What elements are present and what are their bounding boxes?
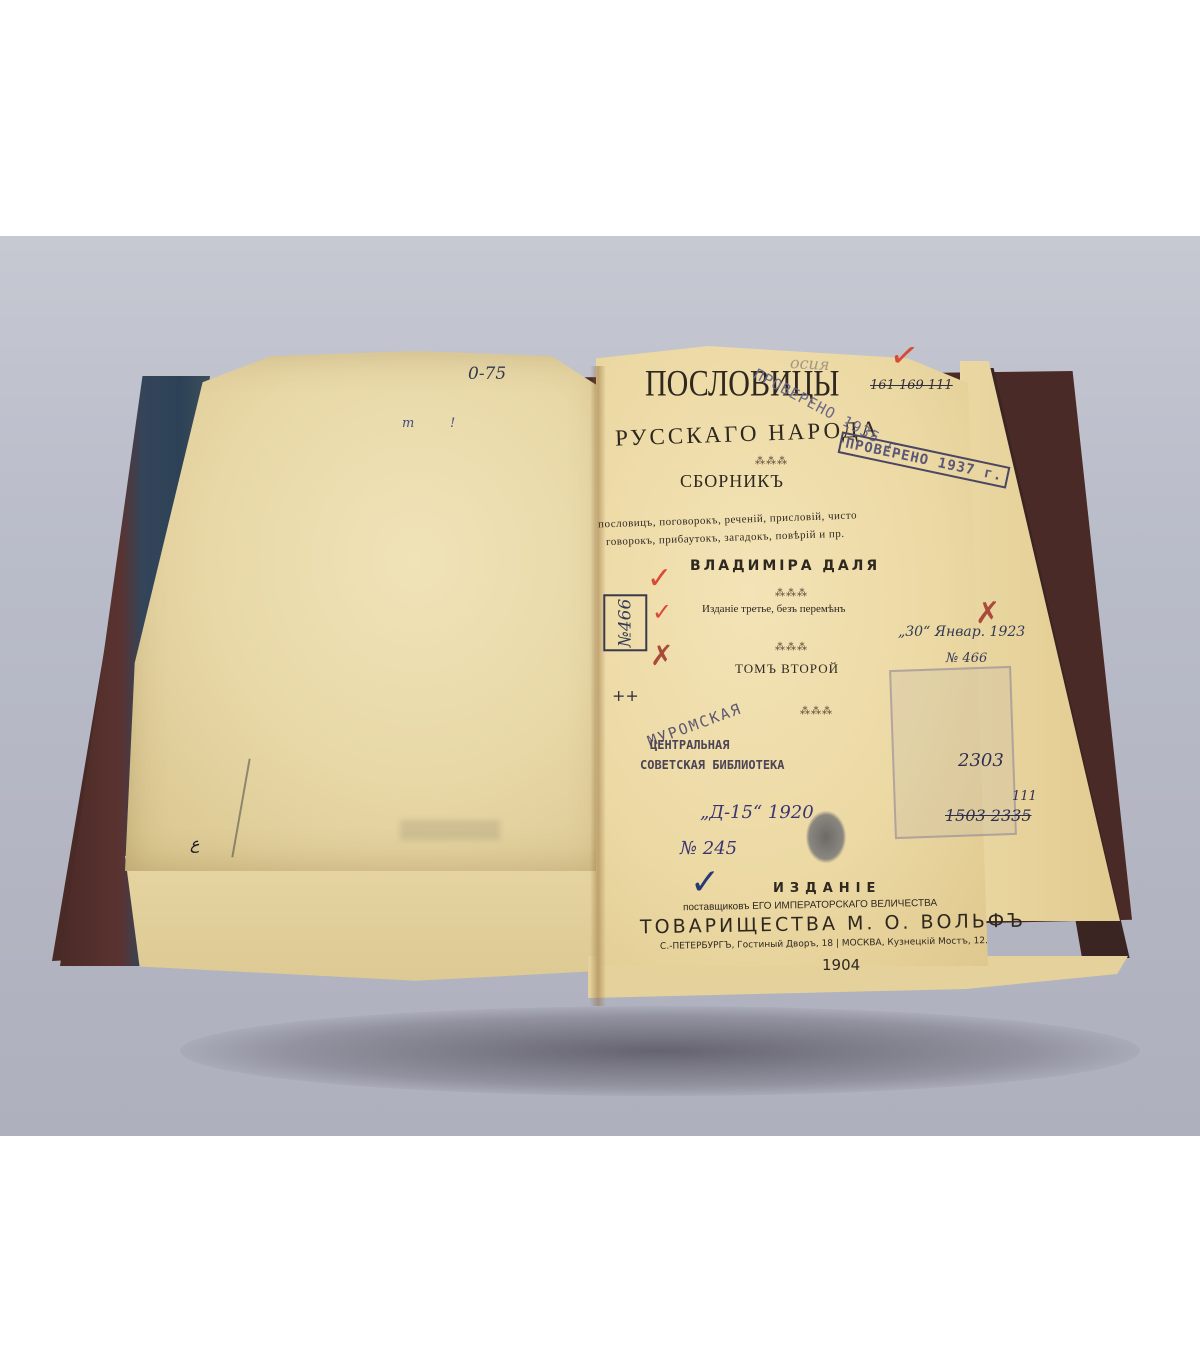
library-code: „Д-15“ 1920	[700, 802, 814, 823]
left-page-bottom-mark: ع	[190, 834, 200, 853]
ornament: ⁂⁂⁂	[775, 642, 808, 653]
shelf-numbers: 161 169 111	[870, 378, 953, 393]
cross-mark-icon: ✗	[975, 596, 1000, 631]
volume: ТОМЪ ВТОРОЙ	[735, 661, 839, 677]
blue-check-icon: ✓	[690, 862, 720, 903]
inventory-old-number: 1503 2335	[945, 806, 1032, 825]
vertical-number-box: №466	[603, 595, 647, 652]
pencil-note: осия	[790, 353, 830, 374]
left-page-code: 0-75	[468, 364, 506, 384]
cross-mark-icon: ✗	[650, 639, 673, 672]
author: ВЛАДИМІРА ДАЛЯ	[690, 558, 880, 574]
left-page-mark: !	[450, 416, 455, 431]
book-gutter	[590, 366, 606, 1006]
inventory-number: 2303	[958, 750, 1004, 771]
acquisition-number: № 466	[946, 651, 987, 666]
publisher-heading: ИЗДАНІЕ	[773, 881, 881, 896]
left-page-lower	[125, 856, 610, 986]
red-check-icon: ✓	[647, 561, 672, 596]
book-shadow	[180, 1006, 1140, 1096]
left-page-smudge	[400, 820, 500, 840]
publication-year: 1904	[822, 956, 860, 974]
library-number: № 245	[680, 838, 737, 859]
edition: Изданіе третье, безъ перемѣнъ	[702, 603, 845, 615]
inventory-shelf: 111	[1012, 789, 1037, 804]
acquisition-date: „30“ Январ. 1923	[898, 624, 1025, 640]
left-page	[125, 351, 610, 871]
library-stamp-line2: ЦЕНТРАЛЬНАЯ	[650, 738, 729, 752]
ornament: ⁂⁂⁂	[775, 588, 808, 599]
ornament: ⁂⁂⁂	[800, 706, 833, 717]
collection-label: СБОРНИКЪ	[680, 471, 784, 492]
ornament: ⁂⁂⁂	[755, 456, 788, 467]
left-page-mark: т	[402, 416, 414, 431]
book-photo: 0-75 т ! ع ПОСЛОВИЦЫ РУССКАГО НАРОДА ⁂⁂⁂…	[0, 236, 1200, 1136]
library-stamp-line3: СОВЕТСКАЯ БИБЛИОТЕКА	[640, 758, 785, 772]
plus-marks: ++	[612, 686, 639, 705]
red-check-icon: ✓	[652, 598, 672, 626]
